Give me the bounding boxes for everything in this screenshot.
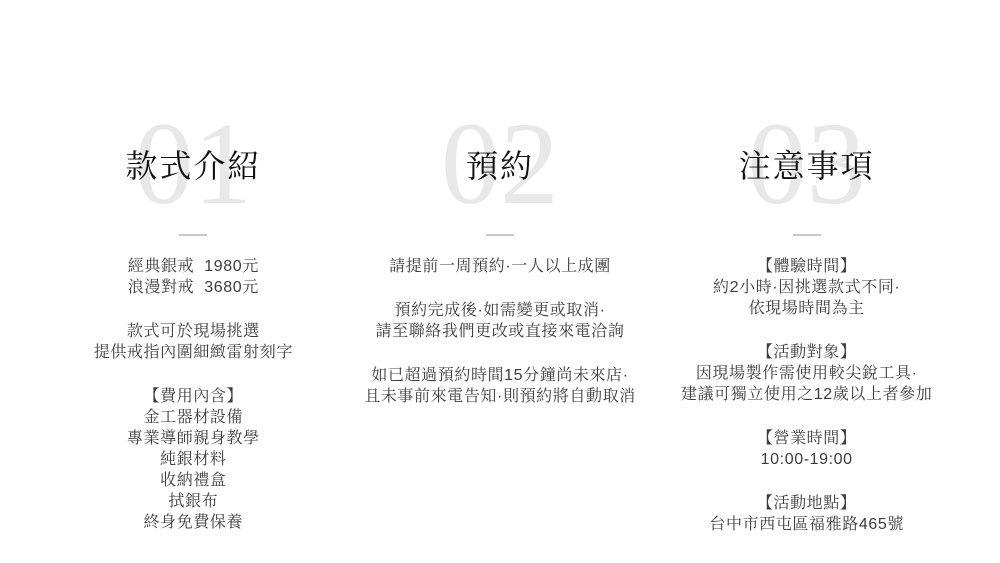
info-columns: 01 款式介紹 經典銀戒 1980元 浪漫對戒 3680元 款式可於現場挑選 提… xyxy=(0,0,1000,535)
paragraph: 經典銀戒 1980元 浪漫對戒 3680元 xyxy=(40,256,347,298)
text-line: 請提前一周預約·一人以上成團 xyxy=(347,256,654,277)
text-line: 請至聯絡我們更改或直接來電洽詢 xyxy=(347,321,654,342)
text-line: 且未事前來電告知·則預約將自動取消 xyxy=(347,386,654,407)
text-line: 10:00-19:00 xyxy=(653,449,960,470)
text-line: 終身免費保養 xyxy=(40,512,347,533)
text-line: 【活動對象】 xyxy=(653,342,960,363)
section-divider xyxy=(486,234,514,236)
text-line: 【活動地點】 xyxy=(653,493,960,514)
text-line: 【營業時間】 xyxy=(653,428,960,449)
text-line: 約2小時·因挑選款式不同· xyxy=(653,277,960,298)
section-header: 02 預約 xyxy=(347,108,654,220)
text-line: 專業導師親身教學 xyxy=(40,428,347,449)
paragraph: 【活動對象】 因現場製作需使用較尖銳工具· 建議可獨立使用之12歲以上者參加 xyxy=(653,342,960,405)
paragraph: 【費用內含】 金工器材設備 專業導師親身教學 純銀材料 收納禮盒 拭銀布 終身免… xyxy=(40,386,347,533)
section-header: 01 款式介紹 xyxy=(40,108,347,220)
section-divider xyxy=(179,234,207,236)
paragraph: 如已超過預約時間15分鐘尚未來店· 且未事前來電告知·則預約將自動取消 xyxy=(347,365,654,407)
text-line: 因現場製作需使用較尖銳工具· xyxy=(653,363,960,384)
text-line: 款式可於現場挑選 xyxy=(40,321,347,342)
text-line: 純銀材料 xyxy=(40,449,347,470)
section-styles: 01 款式介紹 經典銀戒 1980元 浪漫對戒 3680元 款式可於現場挑選 提… xyxy=(40,108,347,535)
section-body: 【體驗時間】 約2小時·因挑選款式不同· 依現場時間為主 【活動對象】 因現場製… xyxy=(653,256,960,535)
paragraph: 預約完成後·如需變更或取消· 請至聯絡我們更改或直接來電洽詢 xyxy=(347,300,654,342)
text-line: 【費用內含】 xyxy=(40,386,347,407)
paragraph: 【營業時間】 10:00-19:00 xyxy=(653,428,960,470)
text-line: 預約完成後·如需變更或取消· xyxy=(347,300,654,321)
text-line: 拭銀布 xyxy=(40,491,347,512)
section-body: 請提前一周預約·一人以上成團 預約完成後·如需變更或取消· 請至聯絡我們更改或直… xyxy=(347,256,654,407)
text-line: 收納禮盒 xyxy=(40,470,347,491)
paragraph: 款式可於現場挑選 提供戒指內圍細緻雷射刻字 xyxy=(40,321,347,363)
section-header: 03 注意事項 xyxy=(653,108,960,220)
text-line: 【體驗時間】 xyxy=(653,256,960,277)
section-divider xyxy=(793,234,821,236)
section-notes: 03 注意事項 【體驗時間】 約2小時·因挑選款式不同· 依現場時間為主 【活動… xyxy=(653,108,960,535)
text-line: 建議可獨立使用之12歲以上者參加 xyxy=(653,384,960,405)
section-title: 預約 xyxy=(466,141,534,187)
text-line: 台中市西屯區福雅路465號 xyxy=(653,514,960,535)
section-body: 經典銀戒 1980元 浪漫對戒 3680元 款式可於現場挑選 提供戒指內圍細緻雷… xyxy=(40,256,347,533)
text-line: 浪漫對戒 3680元 xyxy=(40,277,347,298)
paragraph: 【活動地點】 台中市西屯區福雅路465號 xyxy=(653,493,960,535)
section-title: 注意事項 xyxy=(739,141,875,187)
text-line: 經典銀戒 1980元 xyxy=(40,256,347,277)
section-title: 款式介紹 xyxy=(125,141,261,187)
text-line: 金工器材設備 xyxy=(40,407,347,428)
text-line: 如已超過預約時間15分鐘尚未來店· xyxy=(347,365,654,386)
text-line: 依現場時間為主 xyxy=(653,298,960,319)
paragraph: 【體驗時間】 約2小時·因挑選款式不同· 依現場時間為主 xyxy=(653,256,960,319)
text-line: 提供戒指內圍細緻雷射刻字 xyxy=(40,342,347,363)
paragraph: 請提前一周預約·一人以上成團 xyxy=(347,256,654,277)
section-reservation: 02 預約 請提前一周預約·一人以上成團 預約完成後·如需變更或取消· 請至聯絡… xyxy=(347,108,654,535)
